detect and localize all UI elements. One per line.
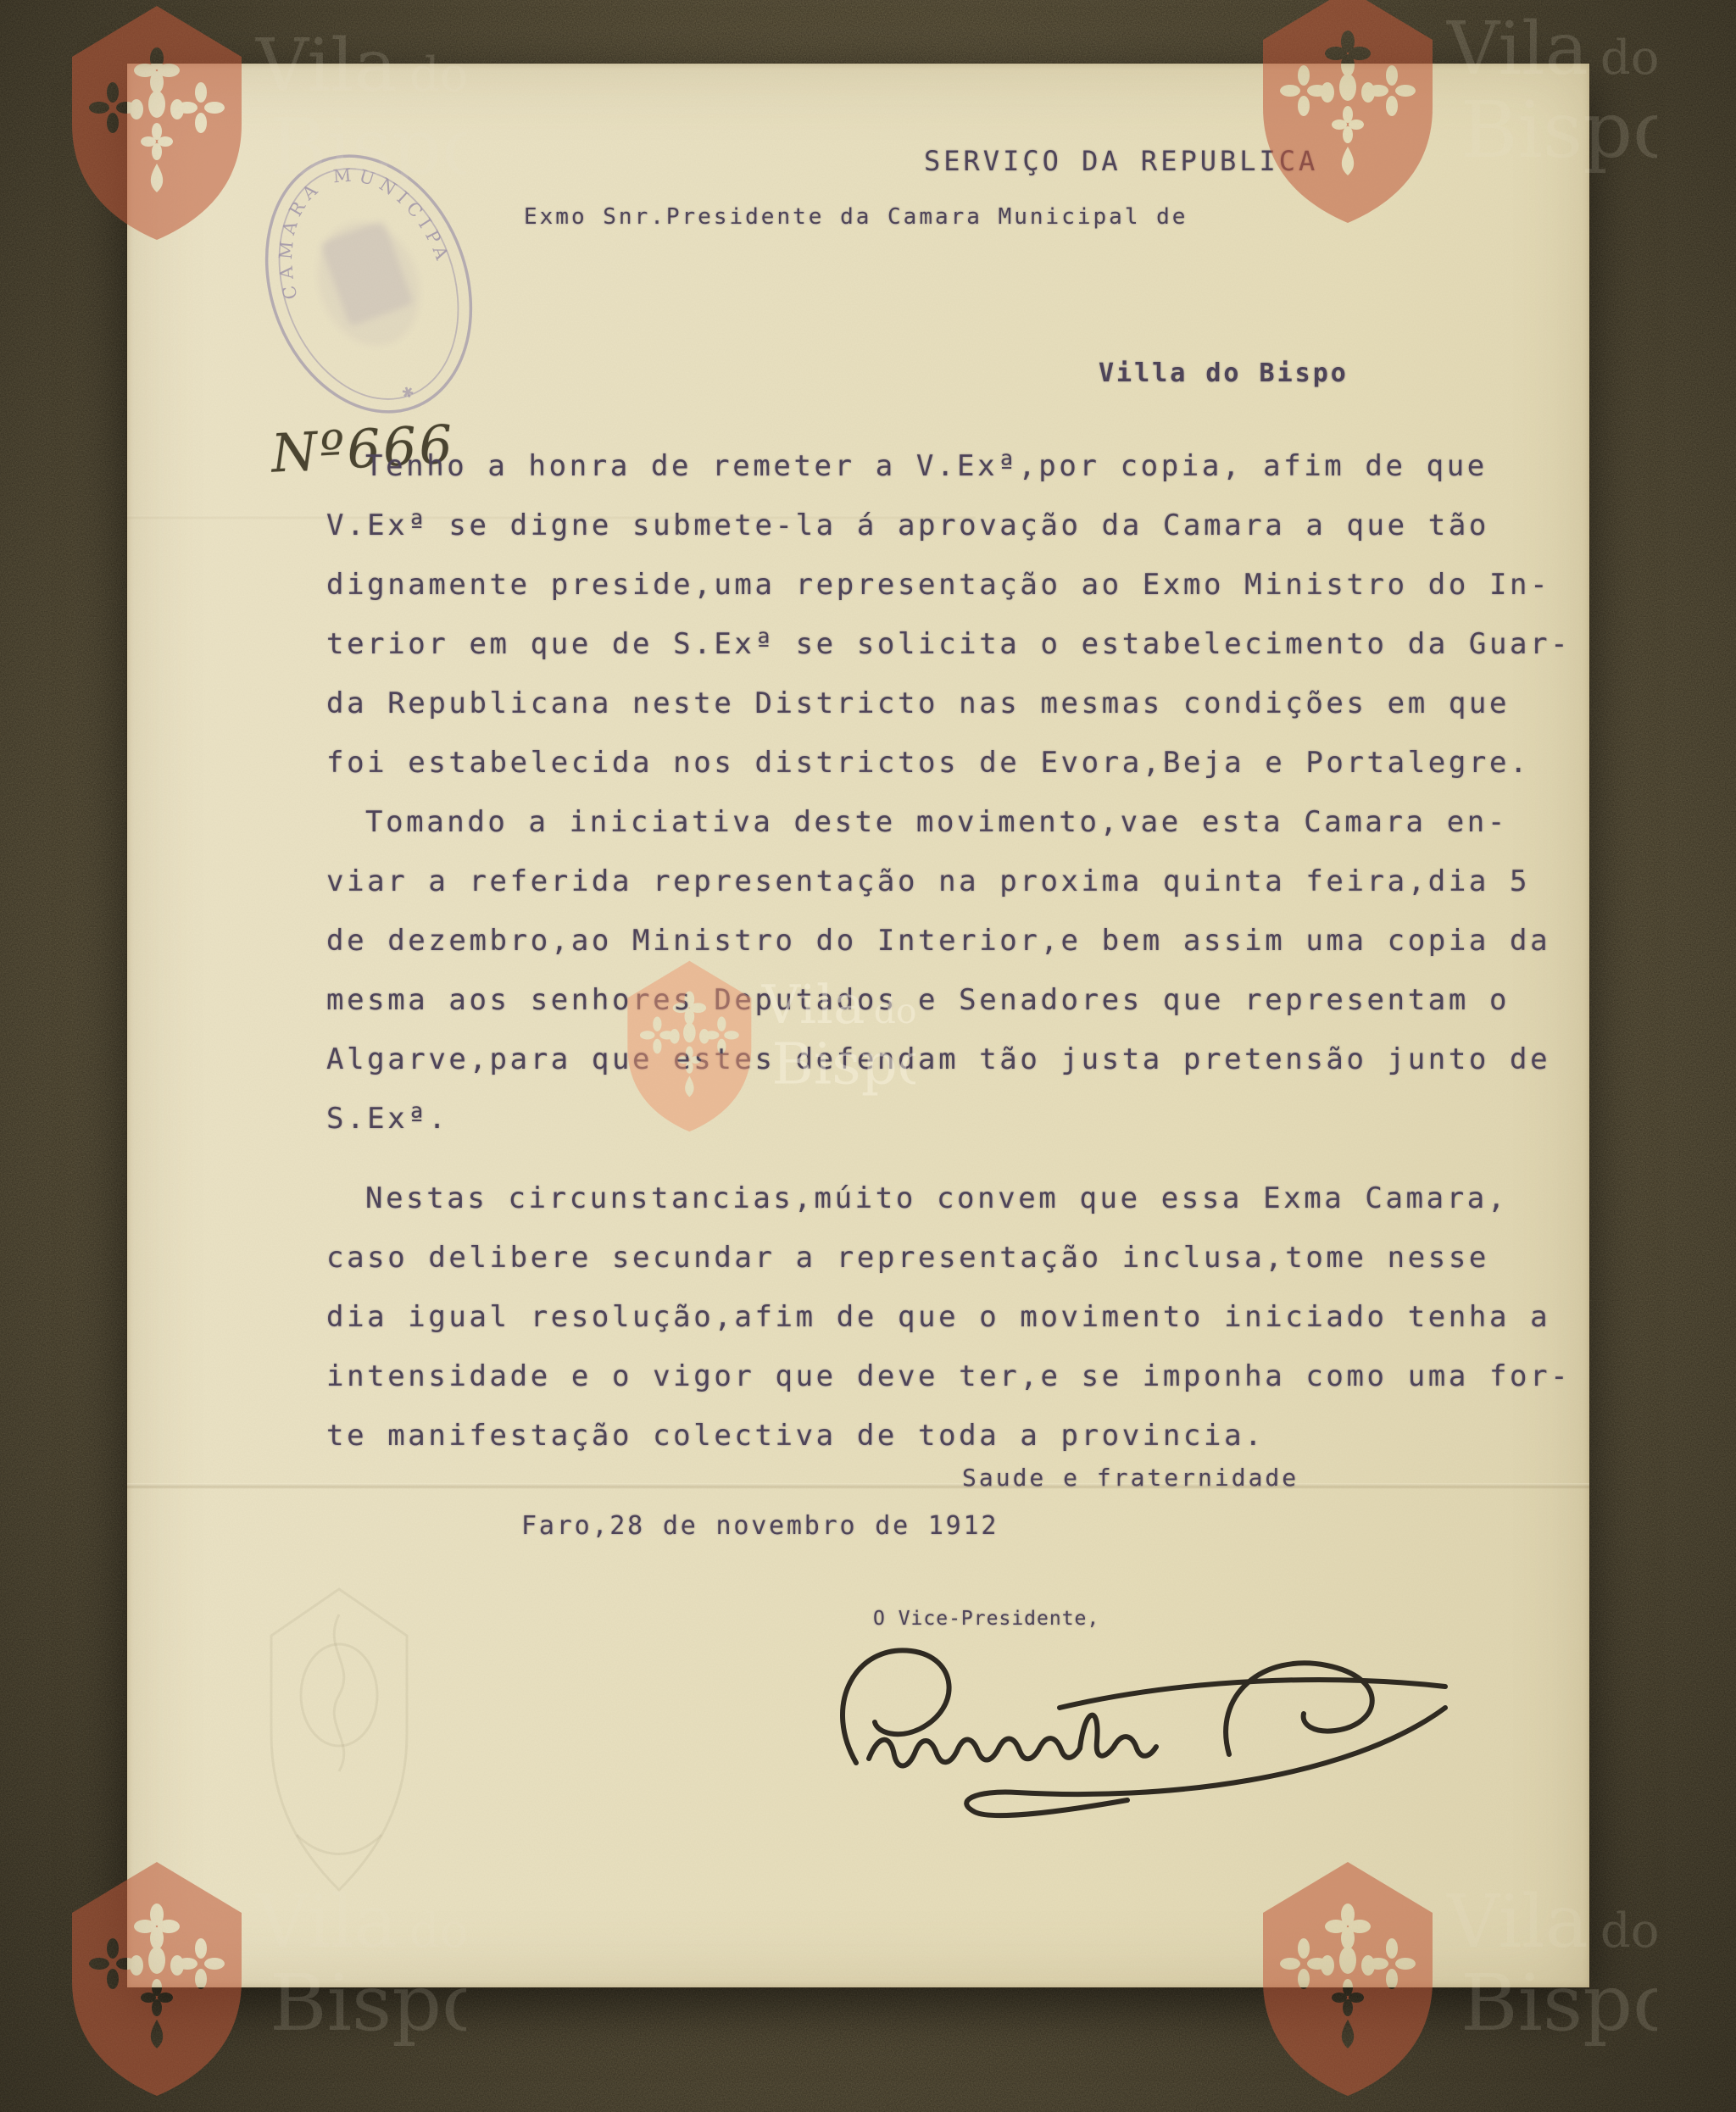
ghost-crest-impression	[195, 1555, 483, 1920]
body-line: Algarve,para que estes defendam tão just…	[326, 1042, 1571, 1102]
addressee-place: Villa do Bispo	[1099, 358, 1349, 388]
body-line: caso delibere secundar a representação i…	[326, 1241, 1571, 1300]
body-line: mesma aos senhores Deputados e Senadores…	[326, 983, 1571, 1042]
letter-body: Tenho a honra de remeter a V.Exª,por cop…	[326, 449, 1571, 1478]
stamp-bottom-mark: ✱	[398, 380, 416, 403]
body-line: viar a referida representação na proxima…	[326, 864, 1571, 924]
body-line: Nestas circunstancias,múito convem que e…	[326, 1181, 1571, 1241]
body-line: dia igual resolução,afim de que o movime…	[326, 1300, 1571, 1359]
handwritten-signature	[805, 1627, 1483, 1865]
body-line: S.Exª.	[326, 1102, 1571, 1161]
service-header: SERVIÇO DA REPUBLICA	[924, 145, 1318, 177]
addressee-line: Exmo Snr.Presidente da Camara Municipal …	[524, 204, 1188, 230]
body-line: Tenho a honra de remeter a V.Exª,por cop…	[326, 449, 1571, 509]
municipal-ink-stamp: CAMARA MUNICIPAL DE FARO ✱	[197, 97, 540, 471]
body-line: foi estabelecida nos districtos de Evora…	[326, 746, 1571, 805]
paper-fold-crease	[127, 1483, 1589, 1489]
body-line: Tomando a iniciativa deste movimento,vae…	[326, 805, 1571, 864]
body-line: intensidade e o vigor que deve ter,e se …	[326, 1359, 1571, 1419]
closing-salutation: Saude e fraternidade	[962, 1464, 1299, 1492]
place-date-line: Faro,28 de novembro de 1912	[521, 1511, 999, 1541]
body-line: V.Exª se digne submete-la á aprovação da…	[326, 509, 1571, 568]
scanned-letter-photo: CAMARA MUNICIPAL DE FARO ✱ Nº666 SERVIÇO…	[0, 0, 1736, 2112]
body-line: da Republicana neste Districto nas mesma…	[326, 686, 1571, 746]
body-line: de dezembro,ao Ministro do Interior,e be…	[326, 924, 1571, 983]
letter-paper: CAMARA MUNICIPAL DE FARO ✱ Nº666 SERVIÇO…	[127, 64, 1589, 1987]
body-line: dignamente preside,uma representação ao …	[326, 568, 1571, 627]
body-line: te manifestação colectiva de toda a prov…	[326, 1419, 1571, 1478]
body-line: terior em que de S.Exª se solicita o est…	[326, 627, 1571, 686]
